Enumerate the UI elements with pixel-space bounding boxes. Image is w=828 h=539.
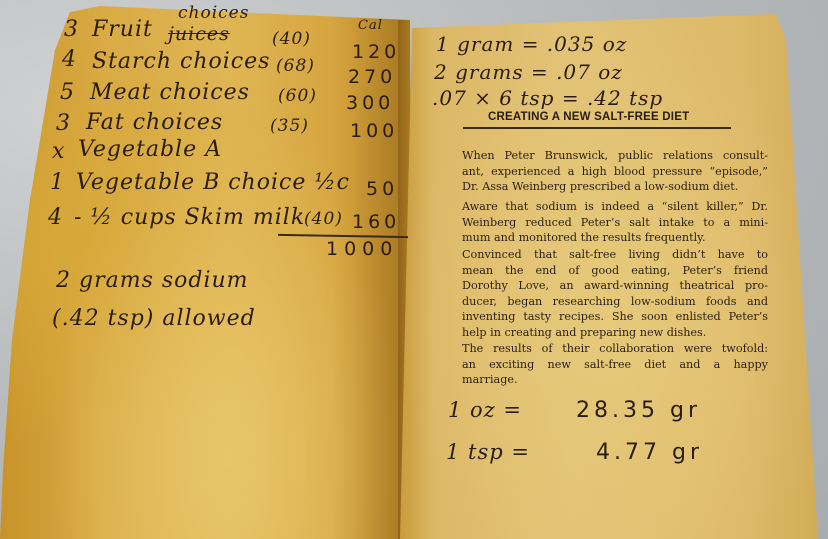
line-calories: 300 xyxy=(346,92,394,114)
text-line: marriage. xyxy=(462,372,768,388)
line-text: Fat choices xyxy=(86,110,223,135)
text-line: an exciting new salt-free diet and a hap… xyxy=(462,357,768,373)
conversion-left: 1 tsp = xyxy=(446,440,530,464)
line-text: Vegetable B choice ½c xyxy=(76,170,350,195)
conversion-left: 1 oz = xyxy=(448,398,522,422)
text-line: Dr. Assa Weinberg prescribed a low-sodiu… xyxy=(462,179,768,195)
conversion-note: 1 gram = .035 oz xyxy=(436,32,627,56)
calories-column-header: Cal xyxy=(358,18,383,33)
line-calories: 160 xyxy=(352,211,400,233)
text-line: help in creating and preparing new dishe… xyxy=(462,325,768,341)
line-exchange: (68) xyxy=(276,56,315,76)
inserted-word: choices xyxy=(178,3,249,23)
text-line: When Peter Brunswick, public relations c… xyxy=(462,148,768,164)
line-exchange: (40) xyxy=(272,29,311,49)
text-line: mum and monitored the results frequently… xyxy=(462,230,768,246)
calorie-total: 1000 xyxy=(326,238,398,260)
article-paragraph-4: The results of their collaboration were … xyxy=(462,341,768,388)
conversion-note: 2 grams = .07 oz xyxy=(434,60,623,84)
line-qty: x xyxy=(52,139,65,164)
text-line: Weinberg reduced Peter’s salt intake to … xyxy=(462,215,768,231)
line-text: Vegetable A xyxy=(78,137,222,162)
line-exchange: (35) xyxy=(270,116,309,136)
conversion-note: .07 × 6 tsp = .42 tsp xyxy=(432,86,663,110)
conversion-right: 28.35 gr xyxy=(576,398,701,423)
line-calories: 100 xyxy=(350,120,398,142)
conversion-right: 4.77 gr xyxy=(596,440,703,465)
article-title: CREATING A NEW SALT-FREE DIET xyxy=(488,111,689,123)
line-qty: 1 xyxy=(50,170,65,195)
text-line: ducer, began researching low-sodium food… xyxy=(462,294,768,310)
struck-word: juices xyxy=(168,23,230,45)
text-line: The results of their collaboration were … xyxy=(462,341,768,357)
text-line: Convinced that salt-free living didn’t h… xyxy=(462,247,768,263)
line-qty: 5 xyxy=(60,80,75,105)
sodium-note-line2: (.42 tsp) allowed xyxy=(52,306,256,331)
line-text: Fruit xyxy=(92,17,153,42)
line-exchange: (60) xyxy=(278,86,317,106)
article-paragraph-3: Convinced that salt-free living didn’t h… xyxy=(462,247,768,341)
line-qty: 3 xyxy=(64,17,79,42)
line-calories: 120 xyxy=(352,41,400,63)
text-line: ant, experienced a high blood pressure “… xyxy=(462,164,768,180)
line-qty: 4 xyxy=(62,47,77,72)
line-calories: 270 xyxy=(348,66,396,88)
line-text: Starch choices xyxy=(92,49,270,74)
text-line: Dorothy Love, an award-winning theatrica… xyxy=(462,278,768,294)
line-text: - ½ cups Skim milk xyxy=(74,205,305,230)
line-qty: 3 xyxy=(56,111,71,136)
line-exchange: (40) xyxy=(304,209,343,229)
text-line: inventing tasty recipes. She soon enlist… xyxy=(462,309,768,325)
text-line: Aware that sodium is indeed a “silent ki… xyxy=(462,199,768,215)
line-qty: 4 xyxy=(48,205,63,230)
line-text: Meat choices xyxy=(90,80,250,105)
article-paragraph-1: When Peter Brunswick, public relations c… xyxy=(462,148,768,195)
sodium-note-line1: 2 grams sodium xyxy=(56,268,249,293)
line-calories: 50 xyxy=(366,178,398,200)
text-line: mean the end of good eating, Peter’s fri… xyxy=(462,263,768,279)
title-rule xyxy=(463,127,731,129)
article-paragraph-2: Aware that sodium is indeed a “silent ki… xyxy=(462,199,768,246)
